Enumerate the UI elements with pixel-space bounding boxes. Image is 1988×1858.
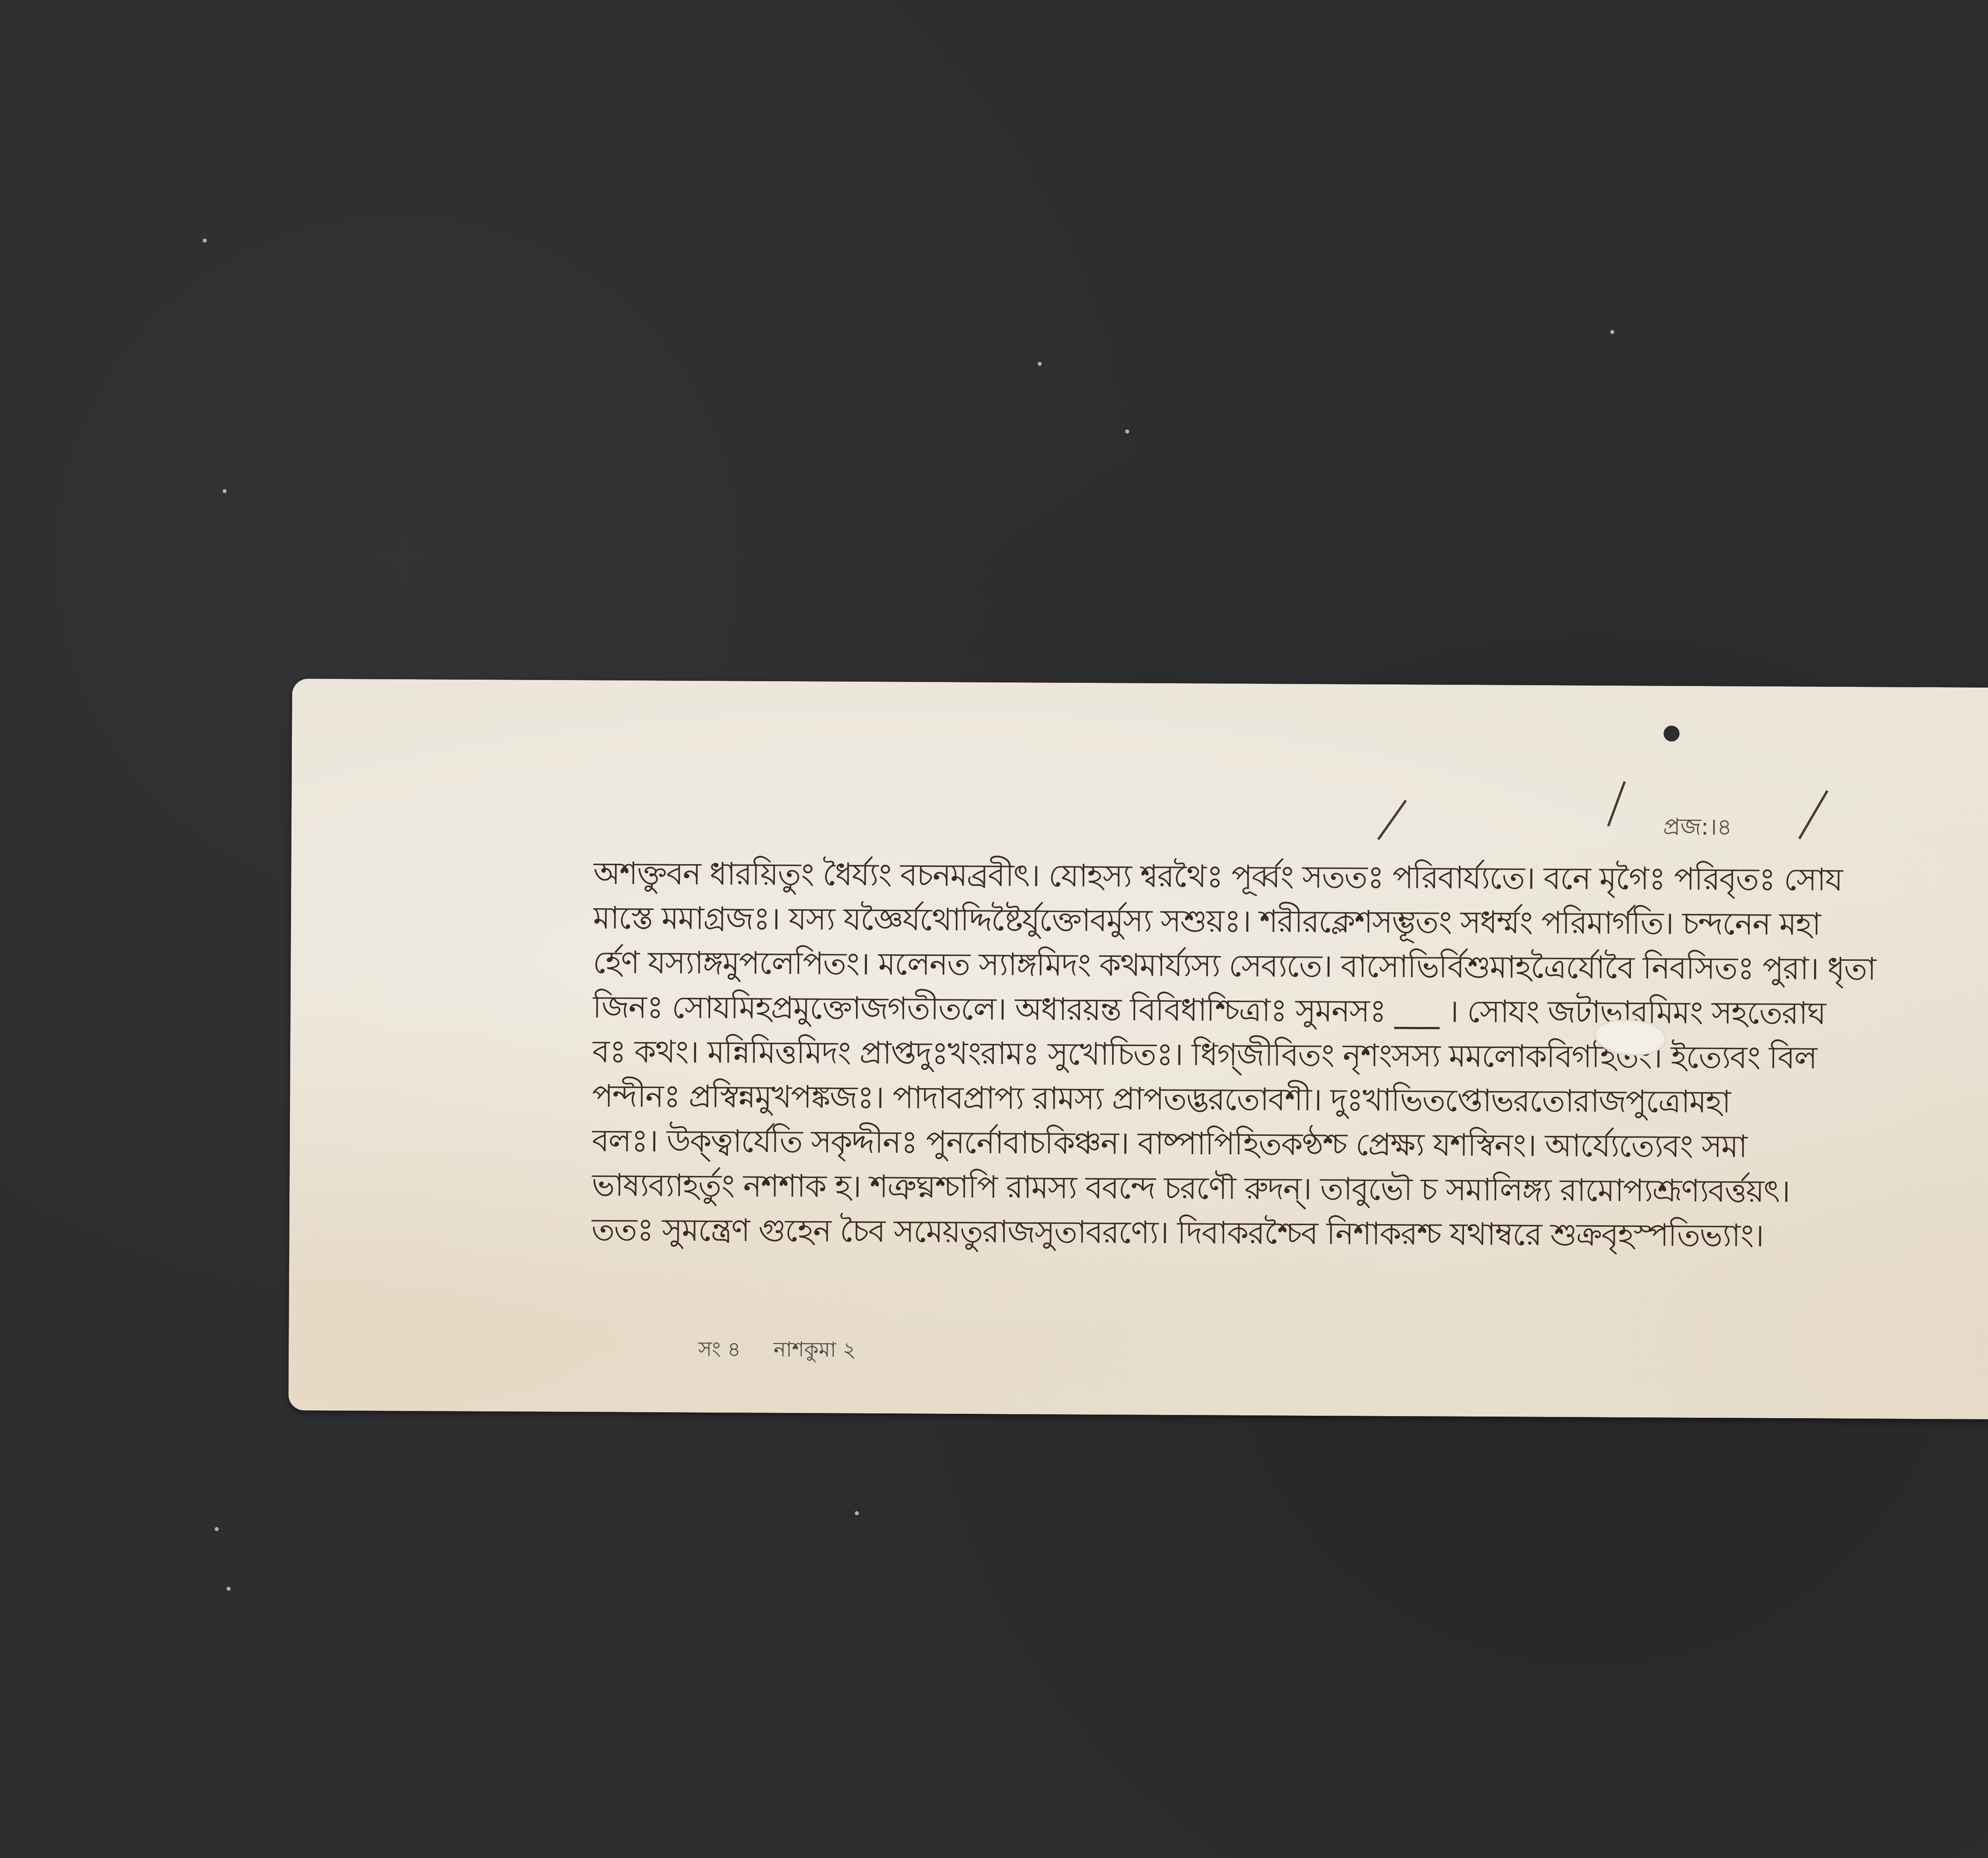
dust-speck bbox=[1038, 362, 1042, 366]
dust-speck bbox=[1125, 430, 1129, 433]
ink-flourish bbox=[1377, 800, 1407, 840]
manuscript-leaf: প্রজ:।৪ অশক্তুবন ধারয়িতুং ধৈর্য্যং বচনম… bbox=[288, 678, 1988, 1421]
ink-flourish bbox=[1607, 781, 1626, 827]
folio-marker: প্রজ:।৪ bbox=[1663, 809, 1732, 848]
dust-speck bbox=[203, 239, 207, 243]
text-line: ততঃ সুমন্ত্রেণ গুহেন চৈব সমেয়তুরাজসুতাব… bbox=[591, 1207, 1988, 1261]
manuscript-text: অশক্তুবন ধারয়িতুং ধৈর্য্যং বচনমব্রবীৎ। … bbox=[591, 851, 1988, 1261]
dust-speck bbox=[855, 1511, 859, 1515]
worm-hole bbox=[1664, 726, 1679, 742]
dust-speck bbox=[227, 1587, 231, 1591]
catalog-annotation: সং ৪ নাশকুমা ২ bbox=[698, 1333, 856, 1368]
catalog-number: সং ৪ bbox=[698, 1337, 741, 1362]
ink-flourish bbox=[1798, 790, 1829, 840]
dust-speck bbox=[215, 1527, 219, 1531]
dust-speck bbox=[223, 489, 227, 493]
dust-speck bbox=[1610, 330, 1614, 334]
catalog-title: নাশকুমা ২ bbox=[774, 1338, 856, 1362]
